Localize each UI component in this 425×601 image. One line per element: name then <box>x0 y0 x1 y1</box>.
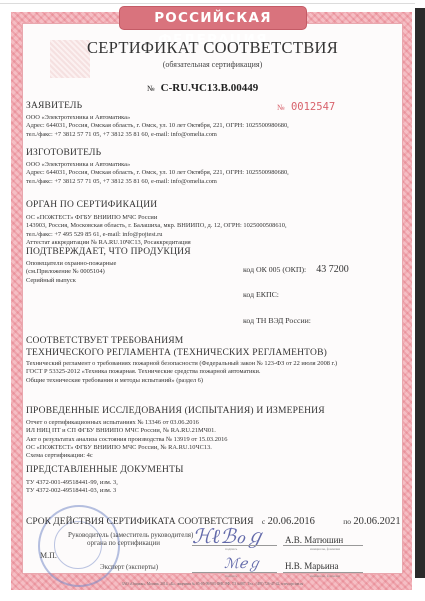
number-sign: № <box>147 84 155 93</box>
product-production-type: Серийный выпуск <box>26 277 116 285</box>
certificate-border <box>11 12 412 590</box>
product-heading: ПОДТВЕРЖДАЕТ, ЧТО ПРОДУКЦИЯ <box>26 247 191 257</box>
regulation-law: Технический регламент о требованиях пожа… <box>26 360 337 368</box>
certification-body-heading: ОРГАН ПО СЕРТИФИКАЦИИ <box>26 200 157 210</box>
serial-label: № <box>277 103 285 112</box>
expert-signature-line <box>192 572 277 573</box>
tests-heading: ПРОВЕДЕННЫЕ ИССЛЕДОВАНИЯ (ИСПЫТАНИЯ) И И… <box>26 406 325 416</box>
country-banner: РОССИЙСКАЯ ФЕДЕРАЦИЯ <box>119 6 307 30</box>
serial-value: 0012547 <box>291 101 335 113</box>
expert-name: Н.В. Марьина <box>285 561 338 571</box>
validity-to-date: 20.06.2021 <box>353 516 400 527</box>
head-name-line <box>283 545 363 546</box>
expert-label: Эксперт (эксперты) <box>100 563 158 571</box>
cert-body-name: ОС «ПОЖТЕСТ» ФГБУ ВНИИПО МЧС России <box>26 214 287 222</box>
test-lab: ИЛ НИЦ ПТ и СП ФГБУ ВНИИПО МЧС России, №… <box>26 427 228 435</box>
expert-signature-caption: подпись <box>225 574 237 578</box>
stamp-place-label: М.П. <box>40 551 57 560</box>
applicant-name: ООО «Электротехника и Автоматика» <box>26 114 289 122</box>
production-act: Акт о результатах анализа состояния прои… <box>26 436 228 444</box>
document-item: ТУ 4372-002-49518441-03, изм. 3 <box>26 487 118 495</box>
manufacturer-details: ООО «Электротехника и Автоматика» Адрес:… <box>26 161 289 186</box>
validity-from-date: 20.06.2016 <box>268 516 315 527</box>
production-act-body: ОС «ПОЖТЕСТ» ФГБУ ВНИИПО МЧС России, № R… <box>26 444 228 452</box>
expert-name-line <box>283 572 363 573</box>
scan-dark-edge <box>415 8 425 578</box>
certificate-subtitle: (обязательная сертификация) <box>0 60 425 69</box>
head-signatory-name: А.В. Матюшин <box>285 535 343 545</box>
product-details: Оповещатели охранно-пожарные (см.Приложе… <box>26 260 116 285</box>
ekps-code: код ЕКПС: <box>243 290 279 299</box>
tnved-code: код ТН ВЭД России: <box>243 316 311 325</box>
scan-top-edge <box>0 3 415 4</box>
regulation-gost: ГОСТ Р 53325-2012 «Техника пожарная. Тех… <box>26 368 337 376</box>
certificate-number-value: С-RU.ЧС13.В.00449 <box>161 82 259 94</box>
head-name-caption: инициалы, фамилия <box>310 547 340 551</box>
cert-body-address: 143903, Россия, Московская область, г. Б… <box>26 222 287 230</box>
requirements-details: Технический регламент о требованиях пожа… <box>26 360 337 385</box>
validity-to-label: по <box>343 517 351 526</box>
head-label-line1: Руководитель (заместитель руководителя) <box>68 531 190 539</box>
tnved-code-label: код ТН ВЭД России: <box>243 316 311 325</box>
manufacturer-contacts: тел./факс: +7 3812 57 71 05, +7 3812 35 … <box>26 178 289 186</box>
applicant-details: ООО «Электротехника и Автоматика» Адрес:… <box>26 114 289 139</box>
manufacturer-name: ООО «Электротехника и Автоматика» <box>26 161 289 169</box>
regulations-heading: ТЕХНИЧЕСКОГО РЕГЛАМЕНТА (ТЕХНИЧЕСКИХ РЕГ… <box>26 348 327 358</box>
cert-body-contacts: тел./факс: +7 495 529 85 61, e-mail: inf… <box>26 231 287 239</box>
expert-signature: ℳℯℊ <box>224 553 261 573</box>
manufacturer-address: Адрес: 644031, Россия, Омская область, г… <box>26 169 289 177</box>
head-signatory-label: Руководитель (заместитель руководителя) … <box>68 531 190 547</box>
printer-imprint: ЗАО «Опцион», Москва, 2014, «Б», лицензи… <box>0 582 425 586</box>
documents-list: ТУ 4372-001-49518441-99, изм. 3, ТУ 4372… <box>26 479 118 496</box>
test-report: Отчет о сертификационных испытаниях № 13… <box>26 419 228 427</box>
product-appendix: (см.Приложение № 0005104) <box>26 268 116 276</box>
requirements-heading: СООТВЕТСТВУЕТ ТРЕБОВАНИЯМ <box>26 336 183 346</box>
certification-body-details: ОС «ПОЖТЕСТ» ФГБУ ВНИИПО МЧС России 1439… <box>26 214 287 247</box>
cert-body-accreditation: Аттестат аккредитации № RA.RU.10ЧС13, Ро… <box>26 239 287 247</box>
certificate-number: №С-RU.ЧС13.В.00449 <box>147 82 258 94</box>
expert-name-caption: инициалы, фамилия <box>310 574 340 578</box>
ekps-code-label: код ЕКПС: <box>243 290 279 299</box>
regulation-gost-cont: Общие технические требования и методы ис… <box>26 377 337 385</box>
applicant-heading: ЗАЯВИТЕЛЬ <box>26 101 82 111</box>
manufacturer-heading: ИЗГОТОВИТЕЛЬ <box>26 148 101 158</box>
product-name: Оповещатели охранно-пожарные <box>26 260 116 268</box>
certification-scheme: Схема сертификации: 4с <box>26 452 228 460</box>
okp-code-value: 43 7200 <box>316 264 349 275</box>
document-item: ТУ 4372-001-49518441-99, изм. 3, <box>26 479 118 487</box>
head-signature-line <box>192 545 277 546</box>
head-label-line2: органа по сертификации <box>68 539 190 547</box>
form-serial-number: № 0012547 <box>277 101 335 113</box>
certificate-title: СЕРТИФИКАТ СООТВЕТСТВИЯ <box>0 38 425 58</box>
applicant-address: Адрес: 644031, Россия, Омская область, г… <box>26 122 289 130</box>
tests-details: Отчет о сертификационных испытаниях № 13… <box>26 419 228 460</box>
applicant-contacts: тел./факс: +7 3812 57 71 05, +7 3812 35 … <box>26 131 289 139</box>
okp-code-label: код ОК 005 (ОКП): <box>243 265 306 274</box>
head-signature-caption: подпись <box>225 547 237 551</box>
documents-heading: ПРЕДСТАВЛЕННЫЕ ДОКУМЕНТЫ <box>26 465 184 475</box>
okp-code: код ОК 005 (ОКП):43 7200 <box>243 264 349 275</box>
